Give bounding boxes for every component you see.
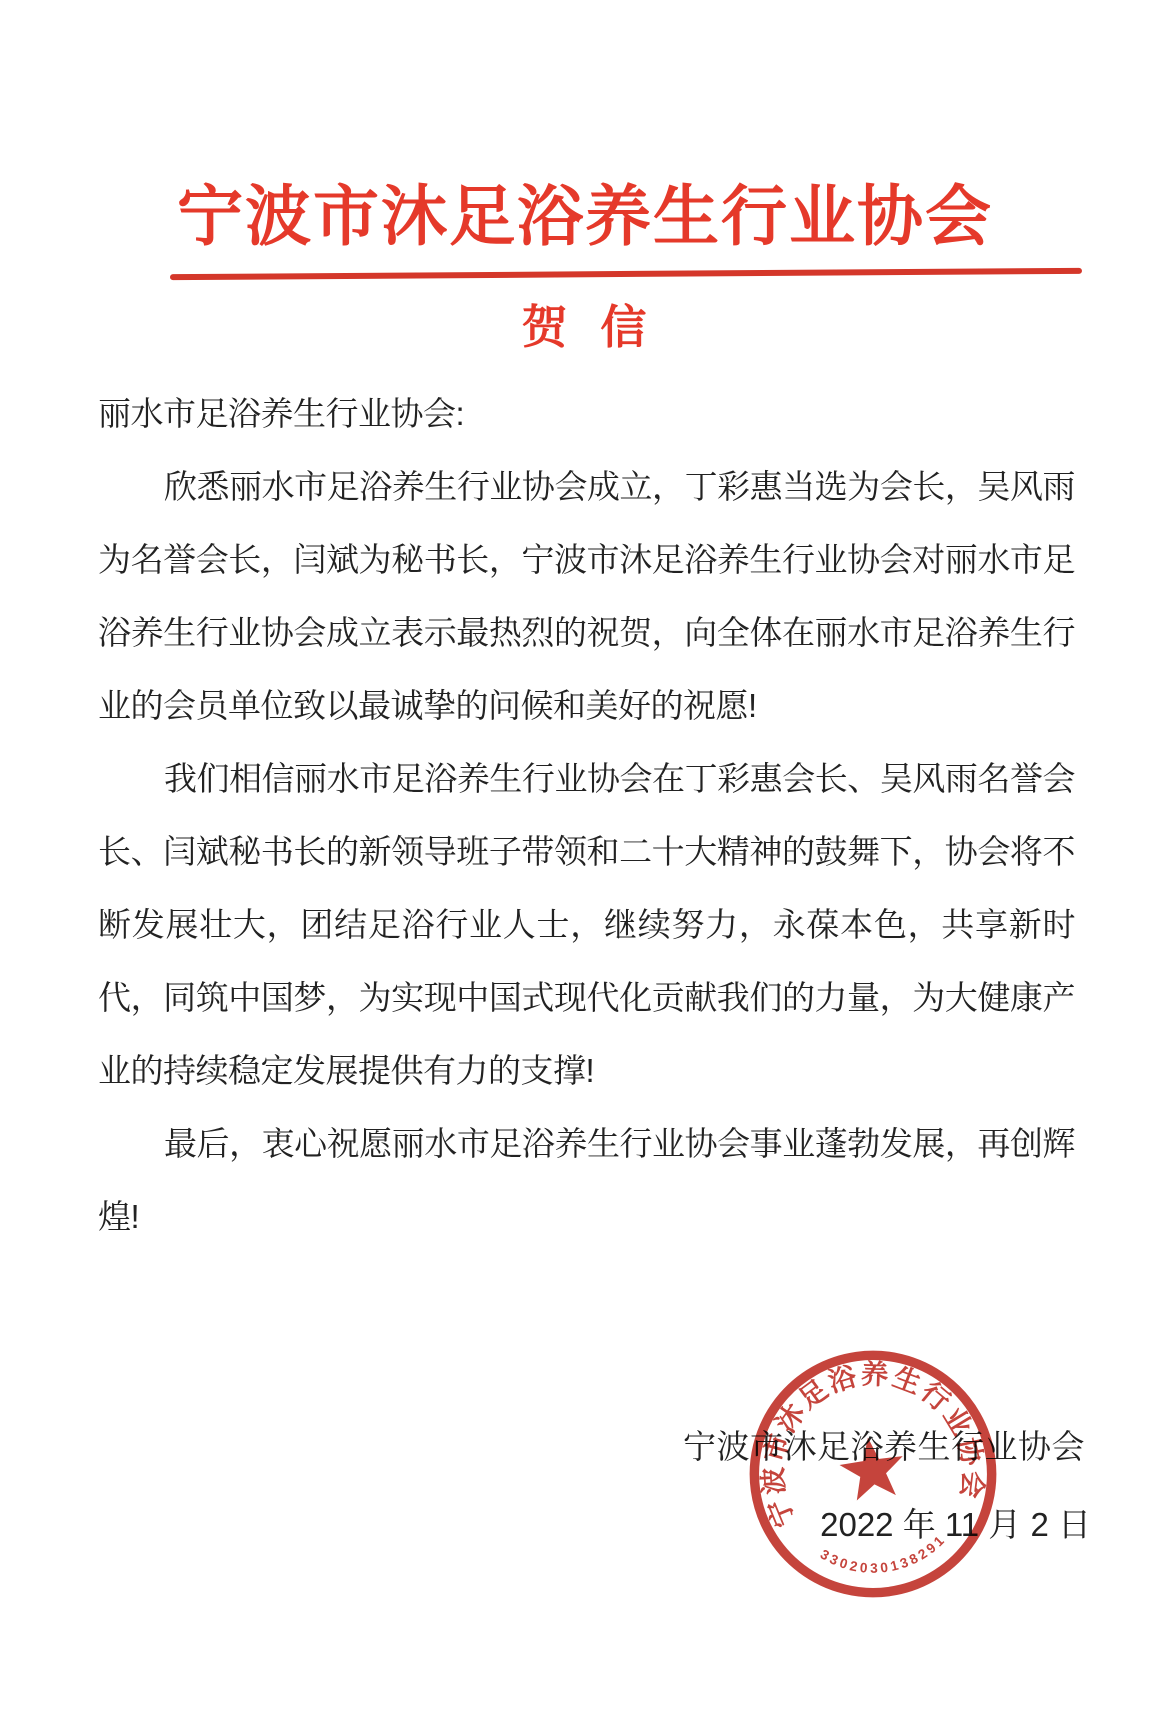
official-seal-icon: 宁波市沐足浴养生行业协会 3302030138291 — [747, 1348, 999, 1600]
title-divider — [170, 268, 1082, 280]
seal-star-icon — [836, 1433, 908, 1502]
letter-title: 贺 信 — [0, 291, 1170, 357]
paragraph-1: 欣悉丽水市足浴养生行业协会成立，丁彩惠当选为会长，吴风雨为名誉会长，闫斌为秘书长… — [98, 450, 1075, 742]
paragraph-2: 我们相信丽水市足浴养生行业协会在丁彩惠会长、吴风雨名誉会长、闫斌秘书长的新领导班… — [98, 742, 1075, 1107]
letter-body: 丽水市足浴养生行业协会: 欣悉丽水市足浴养生行业协会成立，丁彩惠当选为会长，吴风… — [98, 377, 1075, 1253]
letter-page: 宁波市沐足浴养生行业协会 贺 信 丽水市足浴养生行业协会: 欣悉丽水市足浴养生行… — [0, 0, 1170, 1720]
page-title: 宁波市沐足浴养生行业协会 — [0, 163, 1170, 258]
salutation: 丽水市足浴养生行业协会: — [98, 377, 1075, 450]
paragraph-3: 最后，衷心祝愿丽水市足浴养生行业协会事业蓬勃发展，再创辉煌! — [98, 1107, 1075, 1253]
seal-arc-text: 宁波市沐足浴养生行业协会 — [747, 1348, 994, 1534]
